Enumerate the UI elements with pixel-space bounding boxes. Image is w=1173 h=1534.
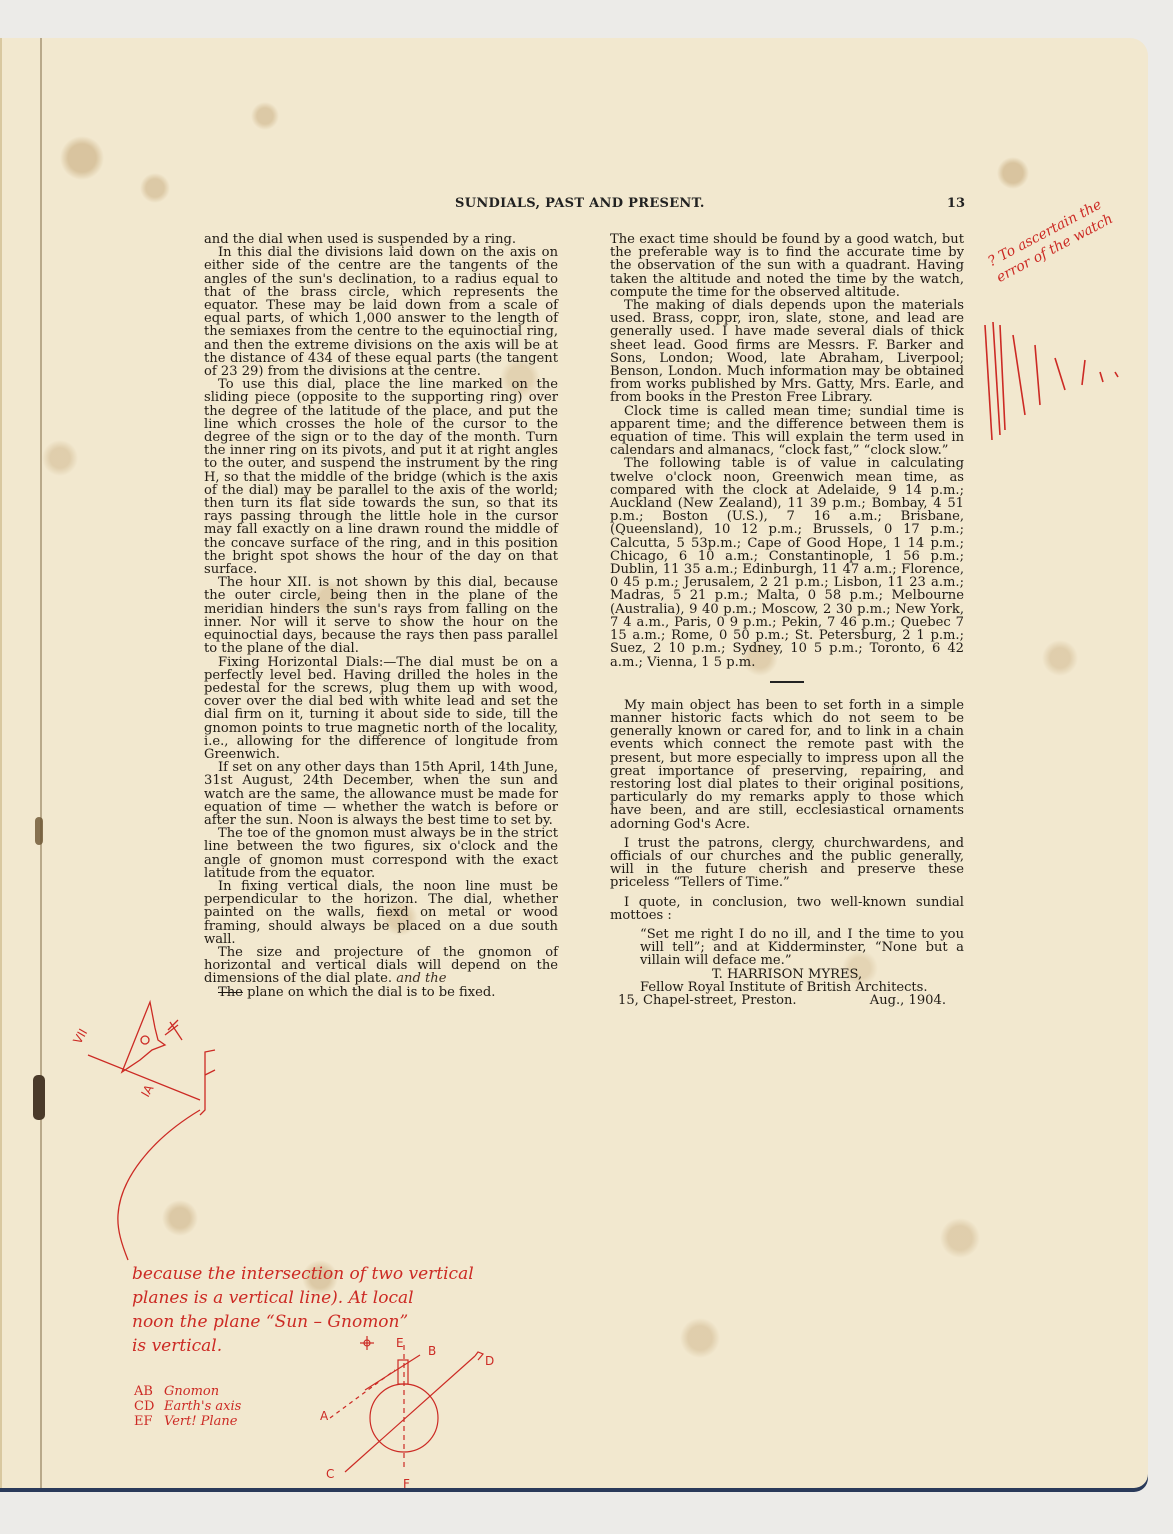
legend-row: EFVert! Plane — [134, 1414, 241, 1429]
svg-text:F: F — [403, 1477, 410, 1491]
svg-text:A: A — [320, 1409, 329, 1423]
svg-text:C: C — [326, 1467, 334, 1481]
svg-text:D: D — [485, 1354, 494, 1368]
label-ia: IA — [138, 1082, 156, 1100]
gnomon-sketch — [88, 1002, 215, 1260]
bottom-note: because the intersection of two vertical… — [132, 1262, 474, 1358]
diagram-legend: ABGnomon CDEarth's axis EFVert! Plane — [134, 1384, 241, 1429]
legend-row: CDEarth's axis — [134, 1399, 241, 1414]
legend-row: ABGnomon — [134, 1384, 241, 1399]
diagram-labels: A B C D E F — [320, 1336, 494, 1491]
margin-tally-marks — [985, 322, 1118, 440]
label-vii: VII — [70, 1026, 90, 1046]
